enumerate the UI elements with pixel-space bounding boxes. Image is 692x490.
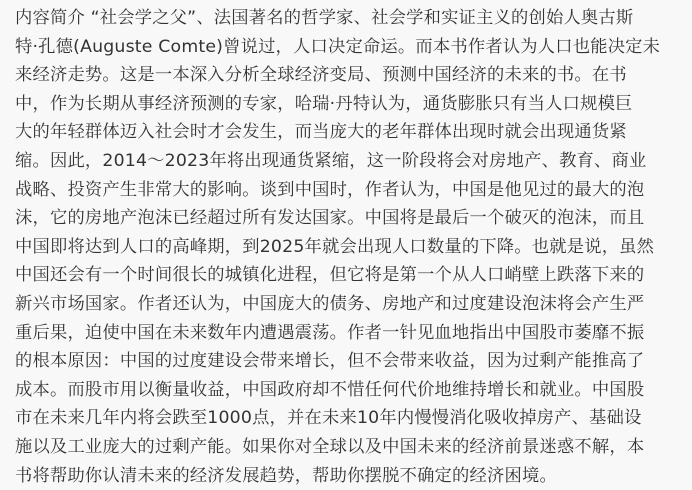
description-line-10: 中国还会有一个时间很长的城镇化进程，但它将是第一个从人口峭壁上跌落下来的	[15, 261, 685, 290]
description-line-3: 来经济走势。这是一本深入分析全球经济变局、预测中国经济的未来的书。在书	[15, 61, 685, 90]
description-line-9: 中国即将达到人口的高峰期，到2025年就会出现人口数量的下降。也就是说，虽然	[15, 233, 685, 262]
description-line-5: 大的年轻群体迈入社会时才会发生，而当庞大的老年群体出现时就会出现通货紧	[15, 118, 685, 147]
description-line-8: 沫，它的房地产泡沫已经超过所有发达国家。中国将是最后一个破灭的泡沫，而且	[15, 204, 685, 233]
description-line-7: 战略、投资产生非常大的影响。谈到中国时，作者认为，中国是他见过的最大的泡	[15, 176, 685, 205]
description-line-17: 书将帮助你认清未来的经济发展趋势，帮助你摆脱不确定的经济困境。	[15, 462, 685, 490]
description-line-15: 市在未来几年内将会跌至1000点，并在未来10年内慢慢消化吸收掉房产、基础设	[15, 404, 685, 433]
description-line-16: 施以及工业庞大的过剩产能。如果你对全球以及中国未来的经济前景迷惑不解，本	[15, 433, 685, 462]
description-line-4: 中，作为长期从事经济预测的专家，哈瑞·丹特认为，通货膨胀只有当人口规模巨	[15, 90, 685, 119]
description-line-6: 缩。因此，2014～2023年将出现通货紧缩，这一阶段将会对房地产、教育、商业	[15, 147, 685, 176]
description-line-12: 重后果，迫使中国在未来数年内遭遇震荡。作者一针见血地指出中国股市萎靡不振	[15, 319, 685, 348]
description-line-13: 的根本原因：中国的过度建设会带来增长，但不会带来收益，因为过剩产能推高了	[15, 347, 685, 376]
description-line-1: 内容简介 “社会学之父”、法国著名的哲学家、社会学和实证主义的创始人奥古斯	[15, 4, 685, 33]
book-description: 内容简介 “社会学之父”、法国著名的哲学家、社会学和实证主义的创始人奥古斯 特·…	[15, 4, 685, 489]
description-line-14: 成本。而股市用以衡量收益，中国政府却不惜任何代价地维持增长和就业。中国股	[15, 376, 685, 405]
description-line-2: 特·孔德(Auguste Comte)曾说过，人口决定命运。而本书作者认为人口也…	[15, 33, 685, 62]
description-line-11: 新兴市场国家。作者还认为，中国庞大的债务、房地产和过度建设泡沫将会产生严	[15, 290, 685, 319]
